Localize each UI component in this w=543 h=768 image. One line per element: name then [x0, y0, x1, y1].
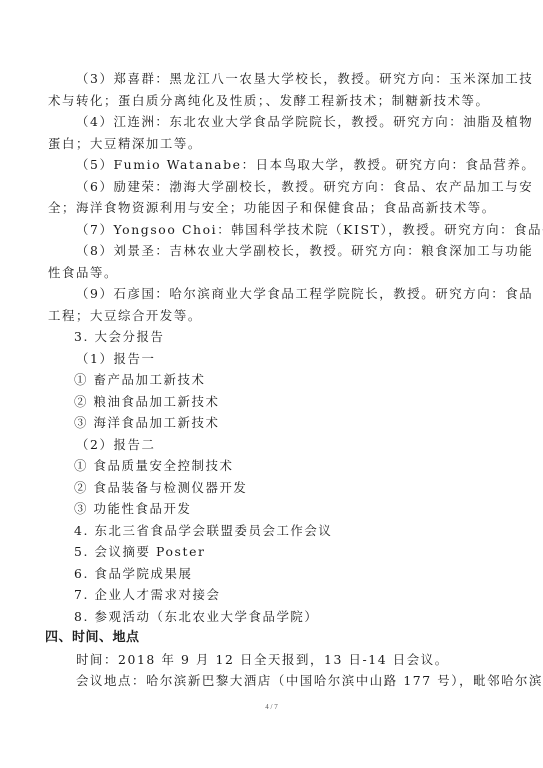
venue-line: 会议地点：哈尔滨新巴黎大酒店（中国哈尔滨中山路 177 号），毗邻哈尔滨 — [48, 670, 496, 692]
document-line: ① 食品质量安全控制技术 — [48, 455, 496, 477]
document-line: ③ 海洋食品加工新技术 — [48, 412, 496, 434]
document-line: 5. 会议摘要 Poster — [48, 541, 496, 563]
document-line: ② 粮油食品加工新技术 — [48, 391, 496, 413]
document-line: （1）报告一 — [48, 348, 496, 370]
document-line: （6）励建荣：渤海大学副校长，教授。研究方向：食品、农产品加工与安 — [48, 176, 496, 198]
document-line: （4）江连洲：东北农业大学食品学院院长，教授。研究方向：油脂及植物 — [48, 111, 496, 133]
section-heading-time-location: 四、时间、地点 — [45, 627, 496, 649]
document-line: ② 食品装备与检测仪器开发 — [48, 477, 496, 499]
document-line: （8）刘景圣：吉林农业大学副校长，教授。研究方向：粮食深加工与功能 — [48, 240, 496, 262]
document-body: （3）郑喜群：黑龙江八一农垦大学校长，教授。研究方向：玉米深加工技术与转化；蛋白… — [48, 68, 496, 692]
document-line: 7. 企业人才需求对接会 — [48, 584, 496, 606]
document-line: （7）Yongsoo Choi：韩国科学技术院（KIST），教授。研究方向：食品… — [48, 219, 496, 241]
document-line: ③ 功能性食品开发 — [48, 498, 496, 520]
document-line: ① 畜产品加工新技术 — [48, 369, 496, 391]
document-line: 6. 食品学院成果展 — [48, 563, 496, 585]
document-line: 蛋白；大豆精深加工等。 — [48, 133, 496, 155]
document-line: 性食品等。 — [48, 262, 496, 284]
document-line: 8. 参观活动（东北农业大学食品学院） — [48, 606, 496, 628]
document-line: 3. 大会分报告 — [48, 326, 496, 348]
time-line: 时间：2018 年 9 月 12 日全天报到，13 日-14 日会议。 — [48, 649, 496, 671]
content-lines: （3）郑喜群：黑龙江八一农垦大学校长，教授。研究方向：玉米深加工技术与转化；蛋白… — [48, 68, 496, 627]
document-line: （3）郑喜群：黑龙江八一农垦大学校长，教授。研究方向：玉米深加工技 — [48, 68, 496, 90]
document-line: （2）报告二 — [48, 434, 496, 456]
document-line: 全；海洋食物资源利用与安全；功能因子和保健食品；食品高新技术等。 — [48, 197, 496, 219]
document-line: （5）Fumio Watanabe：日本鸟取大学，教授。研究方向：食品营养。 — [48, 154, 496, 176]
page-number: 4 / 7 — [0, 703, 543, 711]
document-line: （9）石彦国：哈尔滨商业大学食品工程学院院长，教授。研究方向：食品 — [48, 283, 496, 305]
document-page: （3）郑喜群：黑龙江八一农垦大学校长，教授。研究方向：玉米深加工技术与转化；蛋白… — [0, 0, 543, 768]
document-line: 术与转化；蛋白质分离纯化及性质；、发酵工程新技术；制糖新技术等。 — [48, 90, 496, 112]
document-line: 4. 东北三省食品学会联盟委员会工作会议 — [48, 520, 496, 542]
document-line: 工程；大豆综合开发等。 — [48, 305, 496, 327]
